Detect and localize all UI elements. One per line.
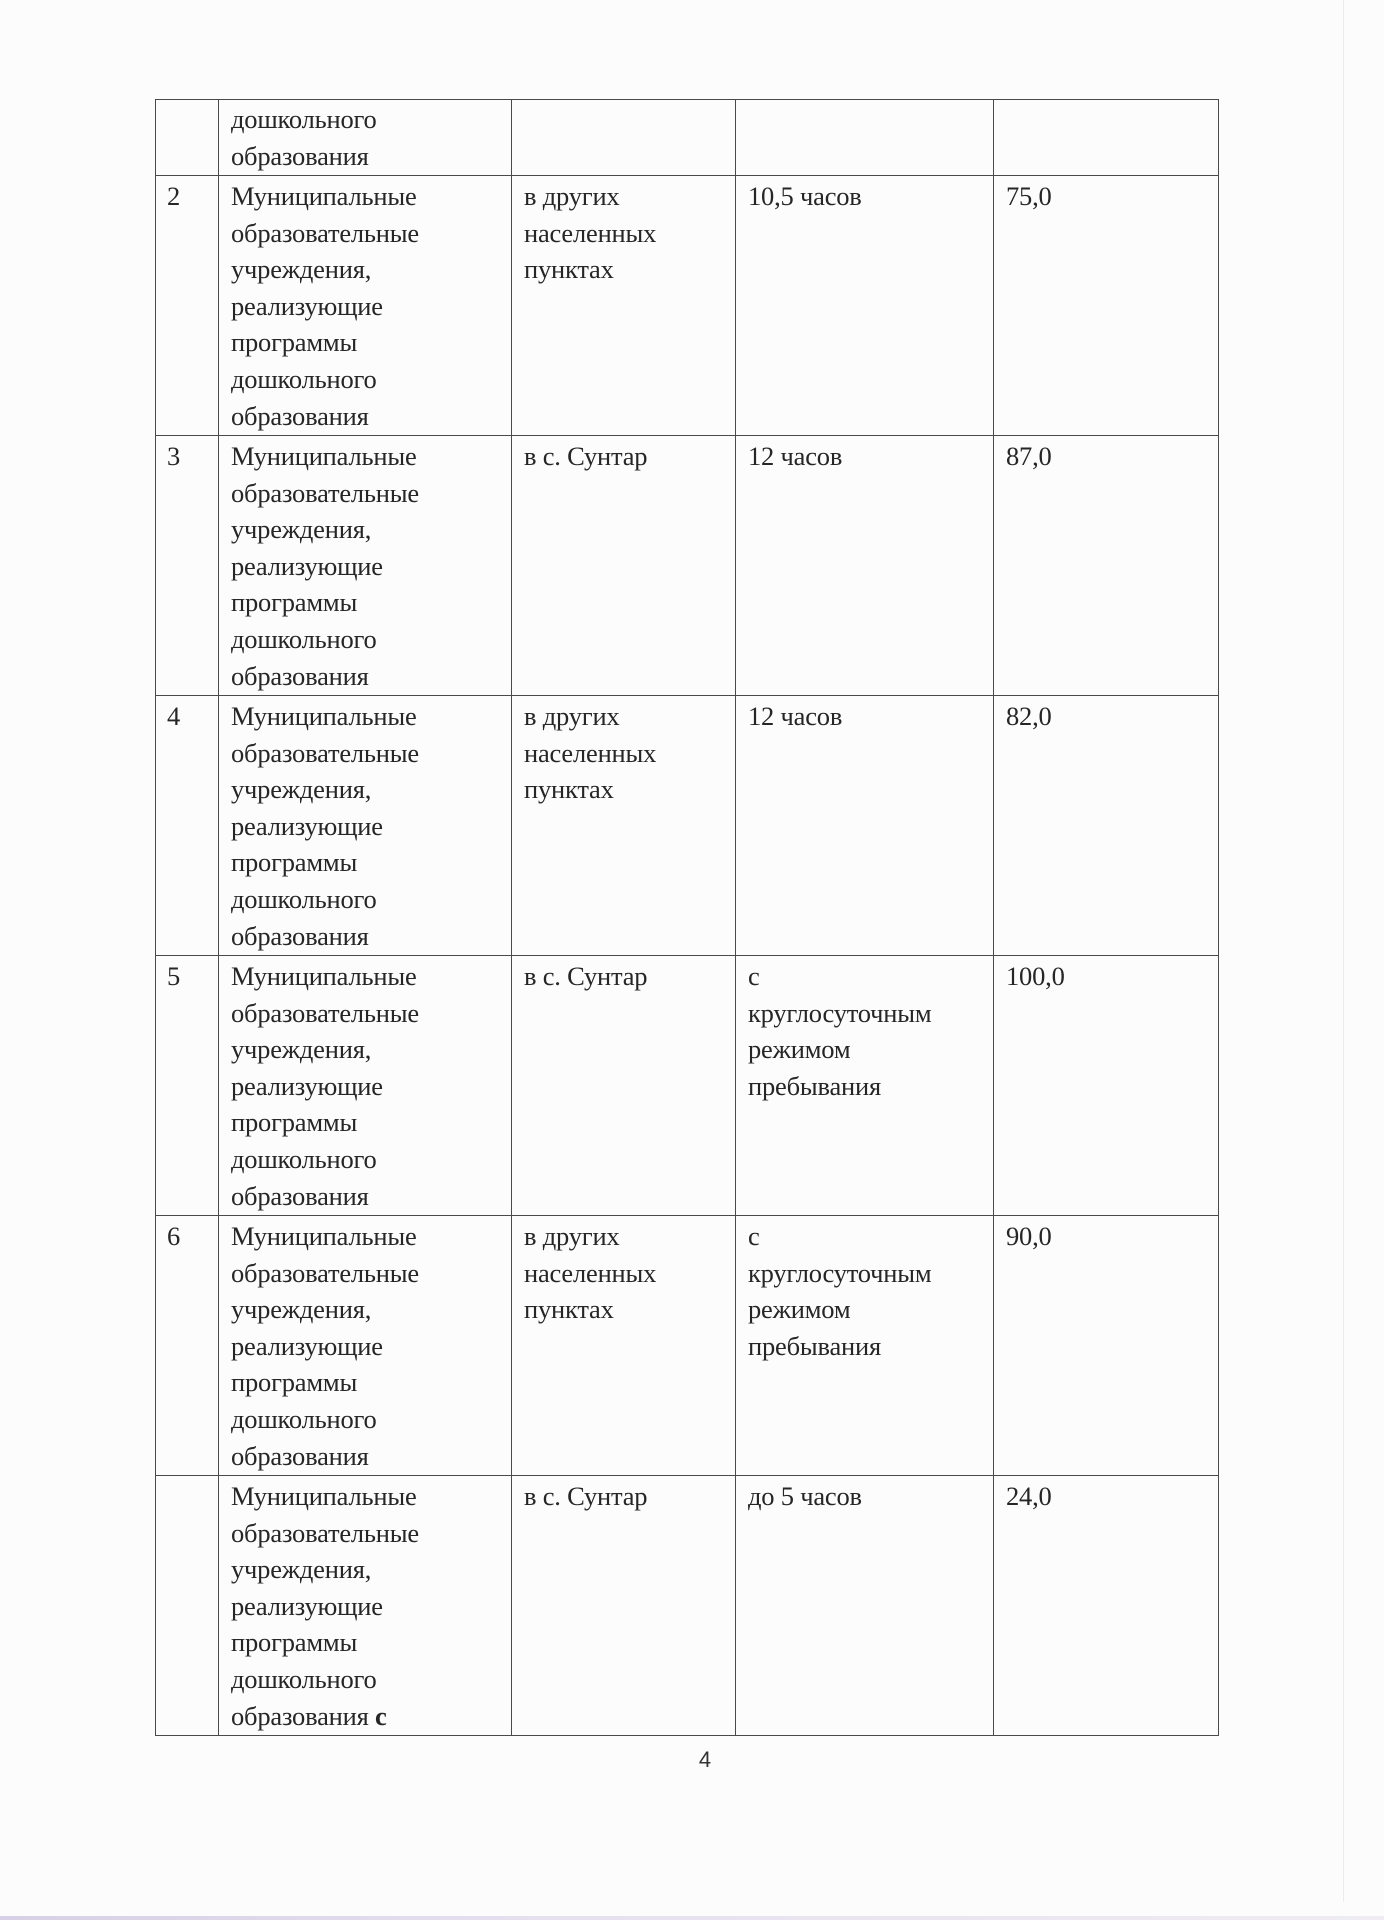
cell-fee: 90,0 <box>994 1216 1219 1476</box>
cell-institution: Муниципальные образовательные учреждения… <box>219 176 512 436</box>
cell-location: в с. Сунтар <box>512 956 736 1216</box>
cell-mode: с круглосуточным режимом пребывания <box>736 956 994 1216</box>
cell-location: в с. Сунтар <box>512 436 736 696</box>
cell-institution: Муниципальные образовательные учреждения… <box>219 696 512 956</box>
cell-number <box>156 100 219 176</box>
cell-location: в других населенных пунктах <box>512 176 736 436</box>
cell-institution: Муниципальные образовательные учреждения… <box>219 1476 512 1736</box>
cell-location: в других населенных пунктах <box>512 696 736 956</box>
table-row: Муниципальные образовательные учреждения… <box>156 1476 1219 1736</box>
table-row: 4 Муниципальные образовательные учрежден… <box>156 696 1219 956</box>
table-row: 5 Муниципальные образовательные учрежден… <box>156 956 1219 1216</box>
cell-number: 4 <box>156 696 219 956</box>
cell-number: 2 <box>156 176 219 436</box>
cell-institution: Муниципальные образовательные учреждения… <box>219 1216 512 1476</box>
cell-institution: Муниципальные образовательные учреждения… <box>219 956 512 1216</box>
institution-tail: с <box>375 1701 387 1731</box>
cell-location: в других населенных пунктах <box>512 1216 736 1476</box>
page-number: 4 <box>690 1747 720 1773</box>
fee-table: дошкольного образования 2 Муниципальные … <box>155 99 1219 1736</box>
scan-page-edge <box>1343 0 1344 1902</box>
cell-fee: 75,0 <box>994 176 1219 436</box>
cell-mode: 12 часов <box>736 436 994 696</box>
cell-fee <box>994 100 1219 176</box>
cell-institution: дошкольного образования <box>219 100 512 176</box>
cell-number: 6 <box>156 1216 219 1476</box>
institution-text: Муниципальные образовательные учреждения… <box>231 1481 419 1731</box>
table-row: 6 Муниципальные образовательные учрежден… <box>156 1216 1219 1476</box>
cell-mode: 10,5 часов <box>736 176 994 436</box>
scan-bottom-edge <box>0 1916 1384 1920</box>
cell-number: 3 <box>156 436 219 696</box>
cell-number <box>156 1476 219 1736</box>
table-row-continuation: дошкольного образования <box>156 100 1219 176</box>
cell-fee: 87,0 <box>994 436 1219 696</box>
cell-mode <box>736 100 994 176</box>
cell-location: в с. Сунтар <box>512 1476 736 1736</box>
table-row: 2 Муниципальные образовательные учрежден… <box>156 176 1219 436</box>
cell-mode: 12 часов <box>736 696 994 956</box>
cell-fee: 82,0 <box>994 696 1219 956</box>
table-row: 3 Муниципальные образовательные учрежден… <box>156 436 1219 696</box>
cell-fee: 24,0 <box>994 1476 1219 1736</box>
cell-fee: 100,0 <box>994 956 1219 1216</box>
cell-mode: до 5 часов <box>736 1476 994 1736</box>
cell-mode: с круглосуточным режимом пребывания <box>736 1216 994 1476</box>
cell-location <box>512 100 736 176</box>
cell-institution: Муниципальные образовательные учреждения… <box>219 436 512 696</box>
cell-number: 5 <box>156 956 219 1216</box>
